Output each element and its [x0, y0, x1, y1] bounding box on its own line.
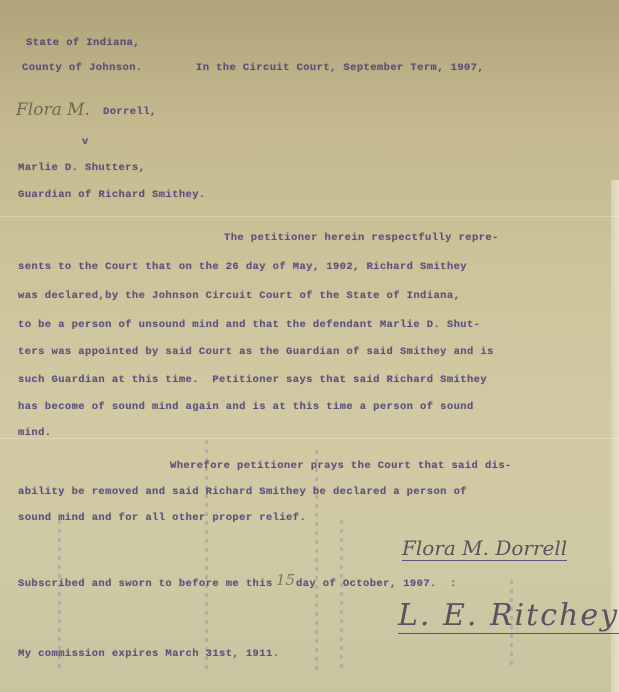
body-line: ters was appointed by said Court as the …: [18, 346, 494, 358]
caption-county: County of Johnson.: [22, 62, 143, 74]
commission-expiry: My commission expires March 31st, 1911.: [18, 648, 279, 660]
paper-fold: [0, 438, 619, 439]
body-line: sents to the Court that on the 26 day of…: [18, 261, 467, 273]
defendant-name: Marlie D. Shutters,: [18, 162, 145, 174]
ink-bleed-through: [340, 520, 343, 670]
plaintiff-typed-name: Dorrell,: [103, 106, 157, 118]
body-line: to be a person of unsound mind and that …: [18, 319, 480, 331]
caption-state: State of Indiana,: [26, 37, 140, 49]
ink-bleed-through: [315, 450, 318, 670]
body-line: The petitioner herein respectfully repre…: [224, 232, 499, 244]
body-line: mind.: [18, 427, 52, 439]
notary-signature: L. E. Ritchey: [398, 598, 619, 634]
plaintiff-signature: Flora M.: [16, 100, 90, 120]
ink-bleed-through: [205, 440, 208, 670]
jurat-day-handwritten: 15: [276, 571, 295, 589]
defendant-role: Guardian of Richard Smithey.: [18, 189, 206, 201]
body-line: such Guardian at this time. Petitioner s…: [18, 374, 487, 386]
body-line: has become of sound mind again and is at…: [18, 401, 474, 413]
prayer-line: sound mind and for all other proper reli…: [18, 512, 306, 524]
versus: v: [82, 136, 89, 148]
jurat-text-after: day of October, 1907. :: [296, 578, 457, 590]
prayer-line: Wherefore petitioner prays the Court tha…: [170, 460, 512, 472]
prayer-line: ability be removed and said Richard Smit…: [18, 486, 467, 498]
body-line: was declared,by the Johnson Circuit Cour…: [18, 290, 460, 302]
petitioner-signature: Flora M. Dorrell: [402, 536, 567, 561]
jurat-text-before: Subscribed and sworn to before me this: [18, 578, 273, 590]
paper-fold: [0, 216, 619, 217]
caption-court-term: In the Circuit Court, September Term, 19…: [196, 62, 484, 74]
